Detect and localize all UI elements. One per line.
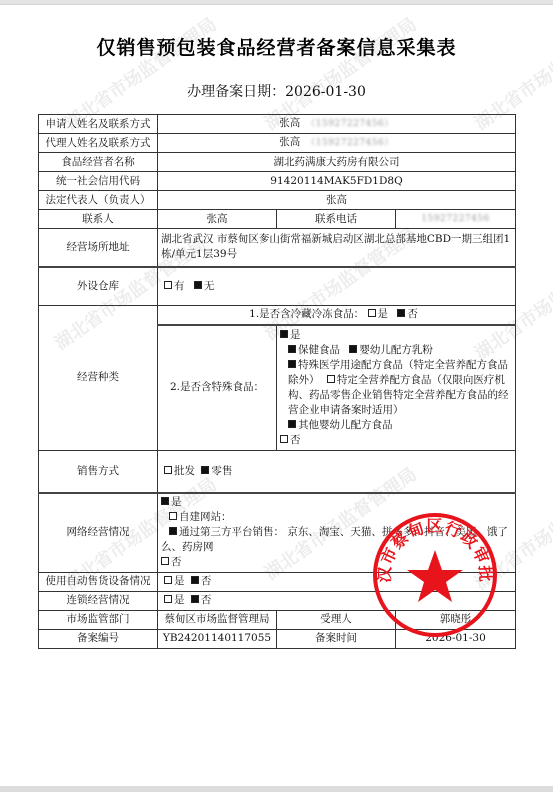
agent-label: 代理人姓名及联系方式 — [39, 134, 158, 153]
vending-option-no[interactable]: 否 — [191, 575, 212, 587]
legal-rep-value: 张高 — [158, 191, 516, 210]
sales-method-options: 批发 零售 — [158, 450, 516, 493]
option-label: 否 — [201, 594, 212, 606]
checkbox-checked-icon — [288, 345, 296, 353]
warehouse-label: 外设仓库 — [39, 267, 158, 306]
checkbox-unchecked-icon — [164, 595, 172, 603]
checkbox-unchecked-icon — [164, 466, 172, 474]
row-sales-method: 销售方式 批发 零售 — [39, 450, 516, 493]
checkbox-checked-icon — [288, 420, 296, 428]
option-label: 无 — [204, 280, 215, 292]
special-items-line-1: 保健食品 婴幼儿配方乳粉 — [280, 343, 512, 358]
checkbox-unchecked-icon — [164, 576, 172, 584]
cold-food-question-text: 1.是否含冷藏冷冻食品： — [249, 308, 364, 320]
special-option-other-infant[interactable]: 其他婴幼儿配方食品 — [280, 418, 512, 433]
row-chain: 连锁经营情况 是 否 — [39, 591, 516, 610]
address-label: 经营场所地址 — [39, 229, 158, 267]
sales-option-wholesale[interactable]: 批发 — [164, 465, 195, 477]
checkbox-checked-icon — [169, 527, 177, 535]
special-option-yes[interactable]: 是 — [280, 328, 512, 343]
option-label: 自建网站： — [179, 511, 232, 523]
row-address: 经营场所地址 湖北省武汉 市蔡甸区奓山街常福新城启动区湖北总部基地CBD一期三组… — [39, 229, 516, 267]
chain-option-yes[interactable]: 是 — [164, 594, 185, 606]
option-label: 否 — [171, 556, 182, 568]
chain-label: 连锁经营情况 — [39, 591, 158, 610]
online-option-yes[interactable]: 是 — [161, 495, 512, 510]
applicant-name: 张高 — [279, 117, 300, 129]
special-option-infant-formula-milk[interactable]: 婴幼儿配方乳粉 — [349, 344, 433, 356]
checkbox-checked-icon — [397, 309, 405, 317]
sales-option-retail[interactable]: 零售 — [201, 465, 232, 477]
online-option-no[interactable]: 否 — [161, 555, 512, 570]
operator-name-label: 食品经营者名称 — [39, 153, 158, 172]
filing-date-label: 办理备案日期： — [187, 84, 285, 100]
option-label: 否 — [201, 575, 212, 587]
agent-name: 张高 — [279, 136, 300, 148]
applicant-label: 申请人姓名及联系方式 — [39, 115, 158, 134]
document-title: 仅销售预包装食品经营者备案信息采集表 — [0, 33, 553, 60]
special-items-line-2: 特殊医学用途配方食品（特定全营养配方食品除外） 特定全营养配方食品（仅限向医疗机… — [280, 358, 512, 418]
checkbox-checked-icon — [191, 595, 199, 603]
agent-value: 张高（15927227456） — [158, 134, 516, 153]
warehouse-option-yes[interactable]: 有 — [164, 280, 185, 292]
contact-phone-value: 15927227456 — [396, 210, 516, 229]
receiver-value: 郭晓彤 — [396, 610, 516, 629]
legal-rep-label: 法定代表人（负责人） — [39, 191, 158, 210]
row-credit-code: 统一社会信用代码 91420114MAK5FD1D8Q — [39, 172, 516, 191]
record-number-label: 备案编号 — [39, 629, 158, 648]
online-label: 网络经营情况 — [39, 493, 158, 572]
checkbox-checked-icon — [201, 466, 209, 474]
option-label: 通过第三方平台销售： 京东、淘宝、天猫、拼多多、抖音、美团、饿了么、药房网 — [161, 526, 508, 553]
row-agent: 代理人姓名及联系方式 张高（15927227456） — [39, 134, 516, 153]
contact-phone-blurred: 15927227456 — [421, 212, 490, 227]
checkbox-unchecked-icon — [280, 435, 288, 443]
checkbox-checked-icon — [280, 330, 288, 338]
receiver-label: 受理人 — [277, 610, 396, 629]
address-value: 湖北省武汉 市蔡甸区奓山街常福新城启动区湖北总部基地CBD一期三组团1栋/单元1… — [158, 229, 516, 267]
row-contact: 联系人 张高 联系电话 15927227456 — [39, 210, 516, 229]
checkbox-checked-icon — [161, 497, 169, 505]
option-label: 零售 — [211, 465, 232, 477]
checkbox-checked-icon — [194, 281, 202, 289]
checkbox-checked-icon — [191, 576, 199, 584]
option-label: 否 — [407, 308, 418, 320]
special-option-full-nutrition[interactable]: 特定全营养配方食品（仅限向医疗机构、药品零售企业销售特定全营养配方食品的经营企业… — [288, 374, 509, 416]
row-applicant: 申请人姓名及联系方式 张高（15927227456） — [39, 115, 516, 134]
checkbox-unchecked-icon — [169, 512, 177, 520]
checkbox-unchecked-icon — [164, 281, 172, 289]
option-label: 婴幼儿配方乳粉 — [359, 344, 433, 356]
contact-value: 张高 — [158, 210, 277, 229]
filing-date: 办理备案日期：2026-01-30 — [0, 81, 553, 101]
viewer-bottom-bar — [0, 786, 553, 792]
contact-phone-label: 联系电话 — [277, 210, 396, 229]
option-label: 特定全营养配方食品（仅限向医疗机构、药品零售企业销售特定全营养配方食品的经营企业… — [288, 374, 509, 416]
option-label: 是 — [171, 496, 182, 508]
vending-options: 是 否 — [158, 572, 516, 591]
viewer-top-bar — [0, 0, 553, 5]
applicant-phone-blurred: （15927227456） — [306, 117, 394, 132]
row-category-cold: 经营种类 1.是否含冷藏冷冻食品： 是 否 — [39, 306, 516, 325]
vending-option-yes[interactable]: 是 — [164, 575, 185, 587]
online-option-third-party[interactable]: 通过第三方平台销售： 京东、淘宝、天猫、拼多多、抖音、美团、饿了么、药房网 — [161, 525, 512, 555]
row-warehouse: 外设仓库 有 无 — [39, 267, 516, 306]
checkbox-checked-icon — [288, 360, 296, 368]
filing-form-table: 申请人姓名及联系方式 张高（15927227456） 代理人姓名及联系方式 张高… — [38, 114, 516, 649]
row-authority: 市场监管部门 蔡甸区市场监督管理局 受理人 郭晓彤 — [39, 610, 516, 629]
option-label: 是 — [174, 594, 185, 606]
chain-option-no[interactable]: 否 — [191, 594, 212, 606]
checkbox-unchecked-icon — [368, 309, 376, 317]
option-label: 是 — [174, 575, 185, 587]
special-food-question: 2.是否含特殊食品： — [158, 325, 277, 451]
row-record: 备案编号 YB24201140117055 备案时间 2026-01-30 — [39, 629, 516, 648]
contact-label: 联系人 — [39, 210, 158, 229]
authority-label: 市场监管部门 — [39, 610, 158, 629]
record-time-value: 2026-01-30 — [396, 629, 516, 648]
filing-date-value: 2026-01-30 — [285, 84, 366, 100]
chain-options: 是 否 — [158, 591, 516, 610]
special-option-no[interactable]: 否 — [280, 433, 512, 448]
checkbox-checked-icon — [349, 345, 357, 353]
online-options: 是 自建网站： 通过第三方平台销售： 京东、淘宝、天猫、拼多多、抖音、美团、饿了… — [158, 493, 516, 572]
vending-label: 使用自动售货设备情况 — [39, 572, 158, 591]
row-online: 网络经营情况 是 自建网站： 通过第三方平台销售： 京东、淘宝、天猫、拼多多、抖… — [39, 493, 516, 572]
cold-option-yes[interactable]: 是 — [368, 308, 389, 320]
row-legal-rep: 法定代表人（负责人） 张高 — [39, 191, 516, 210]
authority-value: 蔡甸区市场监督管理局 — [158, 610, 277, 629]
special-food-options: 是 保健食品 婴幼儿配方乳粉 特殊医学用途配方食品（特定全营养配方食品除外） 特… — [277, 325, 516, 451]
special-option-health-food[interactable]: 保健食品 — [288, 344, 340, 356]
credit-code-value: 91420114MAK5FD1D8Q — [158, 172, 516, 191]
row-vending: 使用自动售货设备情况 是 否 — [39, 572, 516, 591]
warehouse-option-no[interactable]: 无 — [194, 280, 215, 292]
option-label: 其他婴幼儿配方食品 — [298, 419, 393, 431]
warehouse-options: 有 无 — [158, 267, 516, 306]
record-number-value: YB24201140117055 — [158, 629, 277, 648]
option-label: 批发 — [174, 465, 195, 477]
option-label: 是 — [290, 329, 301, 341]
checkbox-unchecked-icon — [327, 375, 335, 383]
option-label: 是 — [378, 308, 389, 320]
operator-name-value: 湖北药满康大药房有限公司 — [158, 153, 516, 172]
category-label: 经营种类 — [39, 306, 158, 451]
applicant-value: 张高（15927227456） — [158, 115, 516, 134]
cold-option-no[interactable]: 否 — [397, 308, 418, 320]
option-label: 否 — [290, 434, 301, 446]
agent-phone-blurred: （15927227456） — [306, 136, 394, 151]
checkbox-unchecked-icon — [161, 557, 169, 565]
online-option-own-site[interactable]: 自建网站： — [161, 510, 512, 525]
credit-code-label: 统一社会信用代码 — [39, 172, 158, 191]
cold-food-question: 1.是否含冷藏冷冻食品： 是 否 — [158, 306, 516, 325]
option-label: 有 — [174, 280, 185, 292]
sales-method-label: 销售方式 — [39, 450, 158, 493]
row-operator-name: 食品经营者名称 湖北药满康大药房有限公司 — [39, 153, 516, 172]
record-time-label: 备案时间 — [277, 629, 396, 648]
option-label: 保健食品 — [298, 344, 340, 356]
